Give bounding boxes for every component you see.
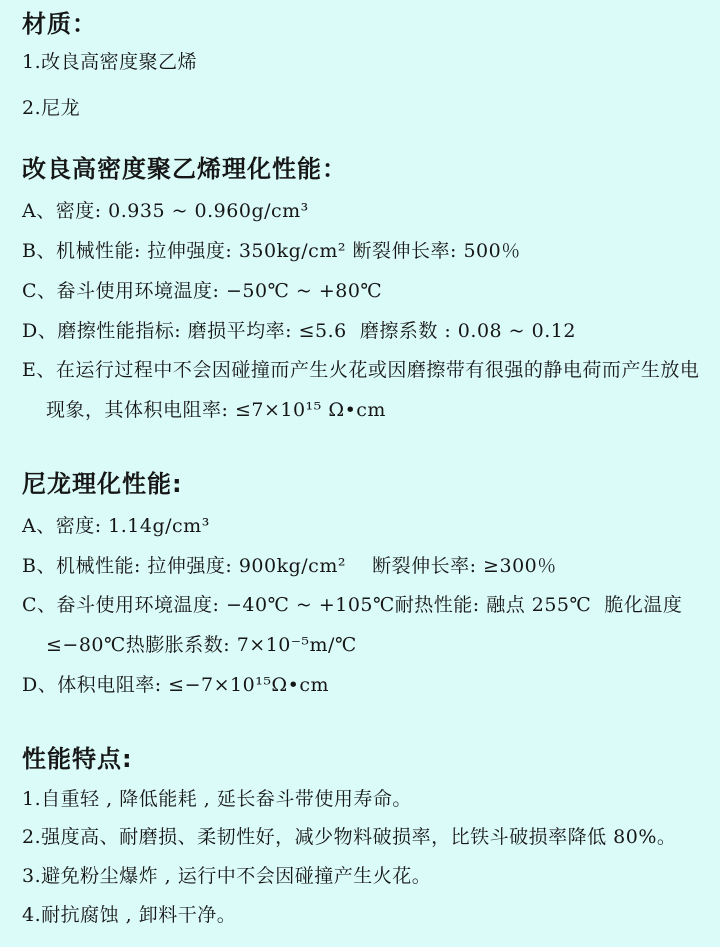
section-hdpe-heading: 改良高密度聚乙烯理化性能： <box>22 155 700 184</box>
property-line: C、畚斗使用环境温度: −40℃ ~ +105℃耐热性能: 融点 255℃ 脆化… <box>22 594 700 617</box>
property-line-continuation: 现象，其体积电阻率: ≤7×10¹⁵ Ω•cm <box>22 399 700 422</box>
feature-item: 4.耐抗腐蚀 , 卸料干净。 <box>22 904 700 927</box>
property-line: D、磨擦性能指标: 磨损平均率: ≤5.6 磨擦系数 : 0.08 ~ 0.12 <box>22 320 700 343</box>
feature-item: 1.自重轻 , 降低能耗 , 延长畚斗带使用寿命。 <box>22 788 700 811</box>
section-hdpe-properties: 改良高密度聚乙烯理化性能： A、密度: 0.935 ~ 0.960g/cm³ B… <box>22 155 700 422</box>
feature-item: 2.强度高、耐磨损、柔韧性好，减少物料破损率，比铁斗破损率降低 80%。 <box>22 826 700 849</box>
section-nylon-properties: 尼龙理化性能: A、密度: 1.14g/cm³ B、机械性能: 拉伸强度: 90… <box>22 470 700 697</box>
property-line: A、密度: 1.14g/cm³ <box>22 515 700 538</box>
property-line: A、密度: 0.935 ~ 0.960g/cm³ <box>22 200 700 223</box>
property-line: D、体积电阻率: ≤−7×10¹⁵Ω•cm <box>22 674 700 697</box>
spec-document: 材质： 1.改良高密度聚乙烯 2.尼龙 改良高密度聚乙烯理化性能： A、密度: … <box>0 0 720 947</box>
section-features-heading: 性能特点: <box>22 745 700 774</box>
section-material: 材质： 1.改良高密度聚乙烯 2.尼龙 <box>22 10 700 119</box>
section-material-heading: 材质： <box>22 10 700 39</box>
property-line: C、畚斗使用环境温度: −50℃ ~ +80℃ <box>22 280 700 303</box>
property-line-continuation: ≤−80℃热膨胀系数: 7×10⁻⁵m/℃ <box>22 634 700 657</box>
property-line: E、在运行过程中不会因碰撞而产生火花或因磨擦带有很强的静电荷而产生放电 <box>22 359 700 382</box>
property-line: B、机械性能: 拉伸强度: 900kg/cm² 断裂伸长率: ≥300％ <box>22 555 700 578</box>
property-line: B、机械性能: 拉伸强度: 350kg/cm² 断裂伸长率: 500％ <box>22 240 700 263</box>
material-item: 1.改良高密度聚乙烯 <box>22 51 700 74</box>
feature-item: 3.避免粉尘爆炸 , 运行中不会因碰撞产生火花。 <box>22 865 700 888</box>
material-item: 2.尼龙 <box>22 97 700 120</box>
section-features: 性能特点: 1.自重轻 , 降低能耗 , 延长畚斗带使用寿命。 2.强度高、耐磨… <box>22 745 700 927</box>
section-nylon-heading: 尼龙理化性能: <box>22 470 700 499</box>
